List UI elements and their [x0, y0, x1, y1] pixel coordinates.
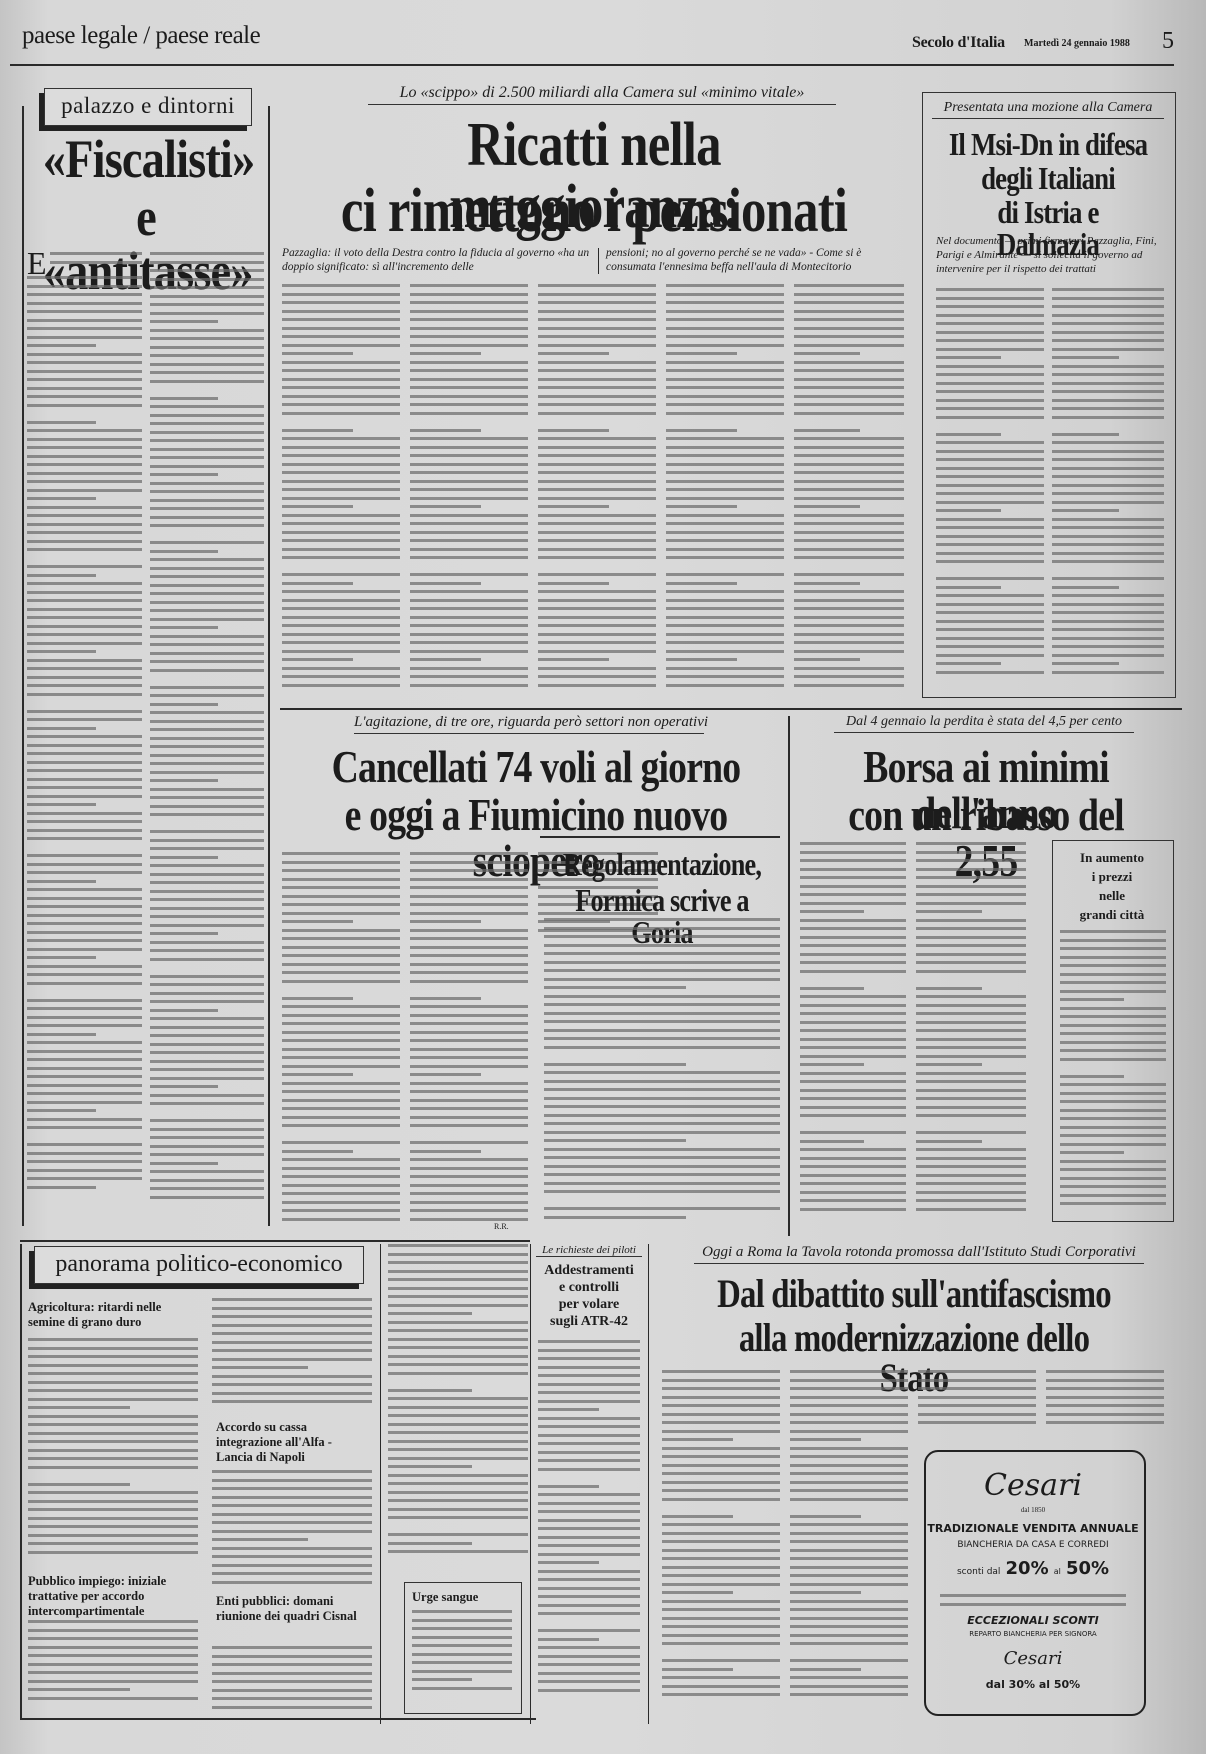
column-border	[20, 1244, 22, 1720]
rubric-box: panorama politico-economico	[34, 1246, 364, 1284]
article-text	[150, 252, 264, 1204]
istria-deck: Nel documento — primi firmatari Pazzagli…	[936, 234, 1166, 276]
article-text	[412, 1610, 512, 1695]
article-text	[800, 842, 906, 1216]
page-number: 5	[1162, 28, 1174, 55]
fiumicino-kicker: L'agitazione, di tre ore, riguarda però …	[354, 714, 704, 734]
antifascismo-headline-1: Dal dibattito sull'antifascismo	[654, 1274, 1174, 1314]
article-text	[794, 284, 904, 692]
advert-brand-logo: Cesari	[930, 1468, 1136, 1503]
article-text	[28, 1338, 198, 1559]
article-text	[27, 276, 142, 1194]
panorama-item-title: Enti pubblici: domani riunione dei quadr…	[216, 1594, 366, 1624]
advert-line-2: BIANCHERIA DA CASA E CORREDI	[926, 1540, 1140, 1550]
article-text	[538, 284, 656, 692]
main-deck-right: pensioni; no al governo perché se ne vad…	[606, 246, 906, 274]
advert-fineprint	[940, 1594, 1126, 1611]
article-text	[282, 284, 400, 692]
istria-kicker: Presentata una mozione alla Camera	[932, 100, 1164, 119]
newspaper-page: paese legale / paese reale Secolo d'Ital…	[0, 0, 1206, 1754]
advert-discount: sconti dal 20% al 50%	[926, 1558, 1140, 1579]
article-text	[212, 1646, 372, 1714]
advert-line-3: ECCEZIONALI SCONTI	[926, 1614, 1140, 1627]
article-text	[410, 852, 528, 1226]
newspaper-name: Secolo d'Italia	[912, 34, 1005, 52]
box-rule	[540, 836, 780, 838]
advert-brand-sub: dal 1850	[930, 1506, 1136, 1514]
article-text	[212, 1298, 372, 1409]
article-text	[918, 1370, 1036, 1434]
article-text	[790, 1370, 908, 1702]
rubric-box: palazzo e dintorni	[44, 88, 252, 126]
deck-separator	[598, 248, 599, 274]
panorama-item-title: Accordo su cassa integrazione all'Alfa -…	[216, 1420, 366, 1465]
antifascismo-kicker: Oggi a Roma la Tavola rotonda promossa d…	[694, 1244, 1144, 1264]
article-text	[282, 852, 400, 1226]
main-headline-2: ci rimettono i pensionati	[284, 180, 904, 242]
article-text	[538, 1340, 640, 1697]
rubric-palazzo: palazzo e dintorni	[45, 89, 251, 123]
article-text	[1052, 288, 1164, 679]
column-border	[648, 1244, 649, 1724]
article-text	[388, 1244, 528, 1559]
palazzo-headline-1: «Fiscalisti»	[26, 132, 266, 186]
advert-line-1: TRADIZIONALE VENDITA ANNUALE	[926, 1522, 1140, 1535]
borsa-kicker: Dal 4 gennaio la perdita è stata del 4,5…	[834, 714, 1134, 733]
drop-cap: E	[27, 248, 47, 278]
article-text	[936, 288, 1044, 679]
article-text	[212, 1470, 372, 1589]
column-border	[20, 1718, 536, 1720]
article-text	[50, 252, 142, 269]
column-border	[380, 1244, 381, 1724]
panorama-item-title: Pubblico impiego: iniziale trattative pe…	[28, 1574, 198, 1619]
istria-headline-2: degli Italiani	[926, 162, 1170, 194]
panorama-item-title: Agricoltura: ritardi nelle semine di gra…	[28, 1300, 198, 1330]
piloti-headline: Addestramentie controlliper volaresugli …	[536, 1262, 642, 1330]
prices-sidebar-title: In aumentoi prezzinellegrandi città	[1056, 848, 1168, 924]
signature: R.R.	[494, 1222, 509, 1231]
article-text	[544, 918, 780, 1224]
section-rule	[280, 708, 1182, 710]
article-text	[1046, 1370, 1164, 1434]
article-text	[410, 284, 528, 692]
column-border	[22, 106, 24, 1226]
column-border	[268, 106, 270, 1226]
masthead-rule	[10, 64, 1174, 66]
urge-sangue-title: Urge sangue	[412, 1590, 478, 1605]
main-deck-left: Pazzaglia: il voto della Destra contro l…	[282, 246, 592, 274]
article-text	[28, 1620, 198, 1705]
main-kicker: Lo «scippo» di 2.500 miliardi alla Camer…	[368, 84, 836, 105]
article-text	[662, 1370, 780, 1702]
fiumicino-headline-1: Cancellati 74 voli al giorno	[282, 744, 790, 790]
column-border	[530, 1244, 531, 1724]
advert-brand-2: Cesari	[926, 1648, 1140, 1669]
issue-date: Martedì 24 gennaio 1988	[1024, 38, 1130, 49]
article-text	[666, 284, 784, 692]
article-text	[1060, 930, 1166, 1219]
advert-line-4: REPARTO BIANCHERIA PER SIGNORA	[926, 1630, 1140, 1638]
article-text	[916, 842, 1026, 1216]
regolamentazione-headline-1: Regolamentazione,	[540, 848, 784, 880]
section-rule	[20, 1240, 530, 1242]
advert-discount-2: dal 30% al 50%	[926, 1678, 1140, 1691]
rubric-panorama: panorama politico-economico	[35, 1247, 363, 1281]
section-title: paese legale / paese reale	[22, 22, 260, 50]
istria-headline-1: Il Msi-Dn in difesa	[926, 128, 1170, 160]
piloti-kicker: Le richieste dei piloti	[536, 1244, 642, 1257]
